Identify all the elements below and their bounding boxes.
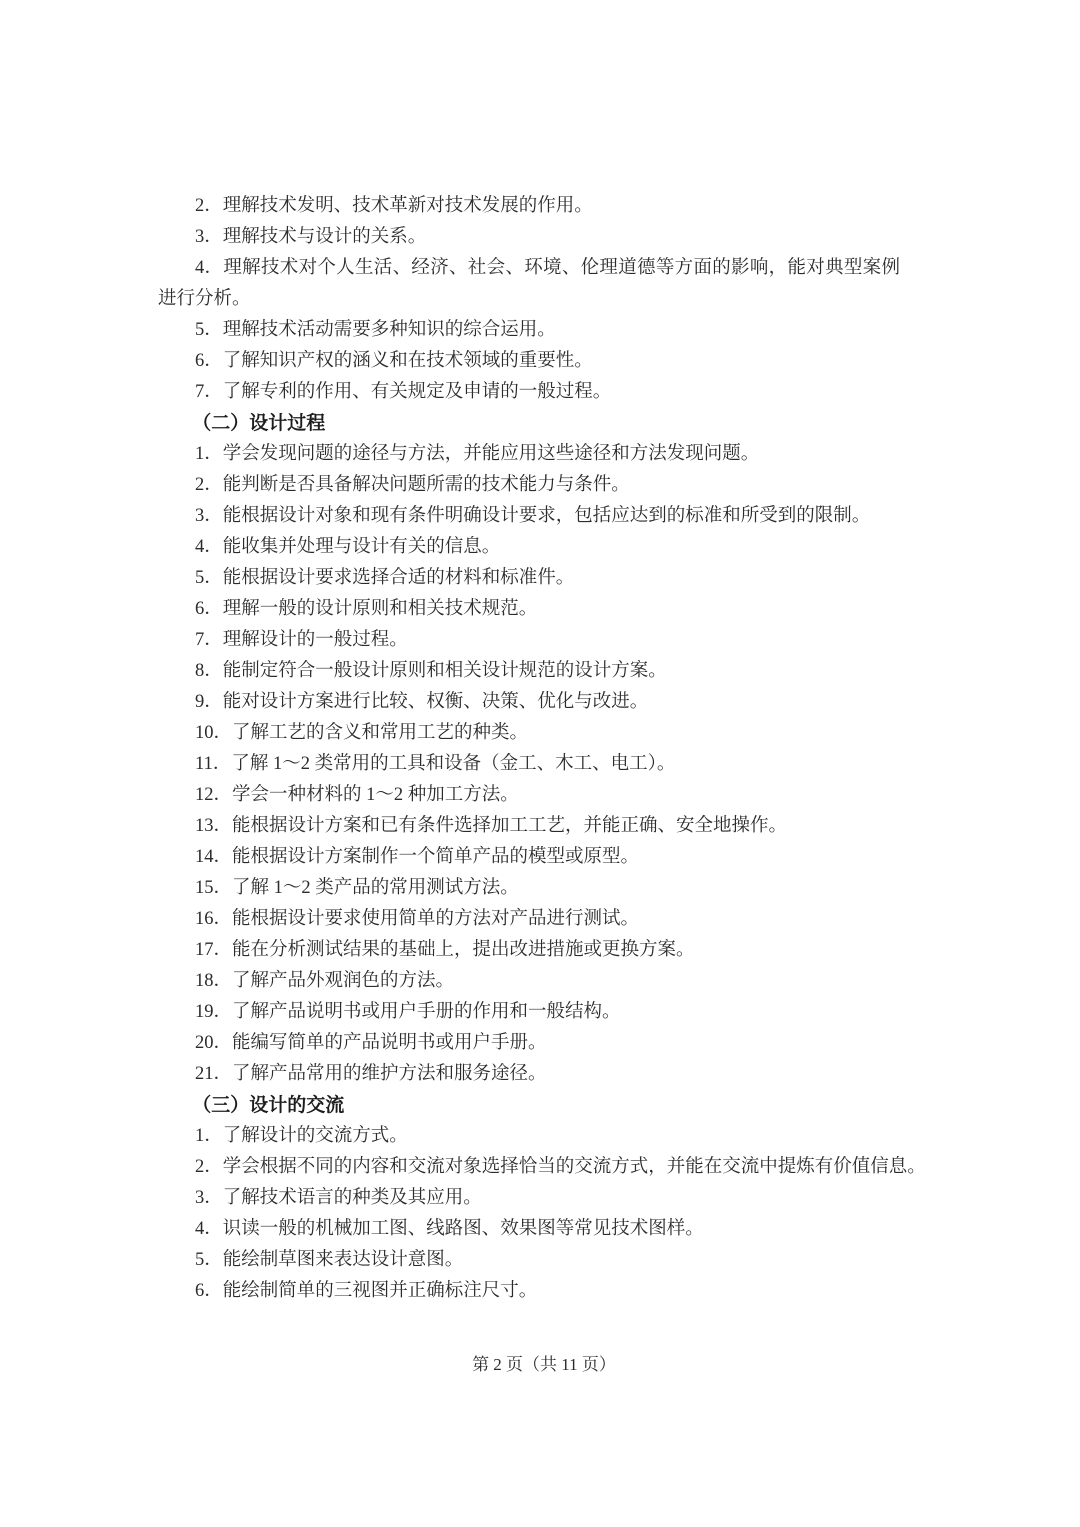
list-item: 4．识读一般的机械加工图、线路图、效果图等常见技术图样。	[158, 1214, 930, 1245]
list-item: 19．了解产品说明书或用户手册的作用和一般结构。	[158, 997, 930, 1028]
page-footer: 第 2 页（共 11 页）	[158, 1353, 930, 1377]
list-item: 6．了解知识产权的涵义和在技术领域的重要性。	[158, 346, 930, 377]
list-item: 21．了解产品常用的维护方法和服务途径。	[158, 1059, 930, 1090]
list-item: 2．理解技术发明、技术革新对技术发展的作用。	[158, 191, 930, 222]
list-item: 4．能收集并处理与设计有关的信息。	[158, 532, 930, 563]
list-item: 14．能根据设计方案制作一个简单产品的模型或原型。	[158, 842, 930, 873]
list-item: 11．了解 1～2 类常用的工具和设备（金工、木工、电工）。	[158, 749, 930, 780]
list-item: 3．理解技术与设计的关系。	[158, 222, 930, 253]
list-item: 1．了解设计的交流方式。	[158, 1121, 930, 1152]
list-item: 18．了解产品外观润色的方法。	[158, 966, 930, 997]
list-item: 6．理解一般的设计原则和相关技术规范。	[158, 594, 930, 625]
section-heading: （三）设计的交流	[158, 1090, 930, 1121]
list-item: 8．能制定符合一般设计原则和相关设计规范的设计方案。	[158, 656, 930, 687]
section-design-communication: （三）设计的交流 1．了解设计的交流方式。 2．学会根据不同的内容和交流对象选择…	[158, 1090, 930, 1307]
list-item: 1．学会发现问题的途径与方法，并能应用这些途径和方法发现问题。	[158, 439, 930, 470]
section-items-continued: 2．理解技术发明、技术革新对技术发展的作用。 3．理解技术与设计的关系。 4．理…	[158, 191, 930, 408]
list-item: 4．理解技术对个人生活、经济、社会、环境、伦理道德等方面的影响，能对典型案例进行…	[158, 253, 930, 315]
list-item: 10．了解工艺的含义和常用工艺的种类。	[158, 718, 930, 749]
list-item: 3．能根据设计对象和现有条件明确设计要求，包括应达到的标准和所受到的限制。	[158, 501, 930, 532]
list-item: 7．理解设计的一般过程。	[158, 625, 930, 656]
list-item: 5．能根据设计要求选择合适的材料和标准件。	[158, 563, 930, 594]
list-item: 15．了解 1～2 类产品的常用测试方法。	[158, 873, 930, 904]
list-item: 3．了解技术语言的种类及其应用。	[158, 1183, 930, 1214]
list-item: 2．能判断是否具备解决问题所需的技术能力与条件。	[158, 470, 930, 501]
list-item: 16．能根据设计要求使用简单的方法对产品进行测试。	[158, 904, 930, 935]
document-page: 2．理解技术发明、技术革新对技术发展的作用。 3．理解技术与设计的关系。 4．理…	[0, 0, 1080, 1527]
document-body: 2．理解技术发明、技术革新对技术发展的作用。 3．理解技术与设计的关系。 4．理…	[0, 0, 1080, 1377]
list-item: 13．能根据设计方案和已有条件选择加工工艺，并能正确、安全地操作。	[158, 811, 930, 842]
list-item: 5．理解技术活动需要多种知识的综合运用。	[158, 315, 930, 346]
section-heading: （二）设计过程	[158, 408, 930, 439]
list-item: 6．能绘制简单的三视图并正确标注尺寸。	[158, 1276, 930, 1307]
list-item: 2．学会根据不同的内容和交流对象选择恰当的交流方式，并能在交流中提炼有价值信息。	[158, 1152, 930, 1183]
list-item: 20．能编写简单的产品说明书或用户手册。	[158, 1028, 930, 1059]
list-item: 5．能绘制草图来表达设计意图。	[158, 1245, 930, 1276]
list-item: 17．能在分析测试结果的基础上，提出改进措施或更换方案。	[158, 935, 930, 966]
list-item: 9．能对设计方案进行比较、权衡、决策、优化与改进。	[158, 687, 930, 718]
section-design-process: （二）设计过程 1．学会发现问题的途径与方法，并能应用这些途径和方法发现问题。 …	[158, 408, 930, 1090]
list-item: 12．学会一种材料的 1～2 种加工方法。	[158, 780, 930, 811]
list-item: 7．了解专利的作用、有关规定及申请的一般过程。	[158, 377, 930, 408]
